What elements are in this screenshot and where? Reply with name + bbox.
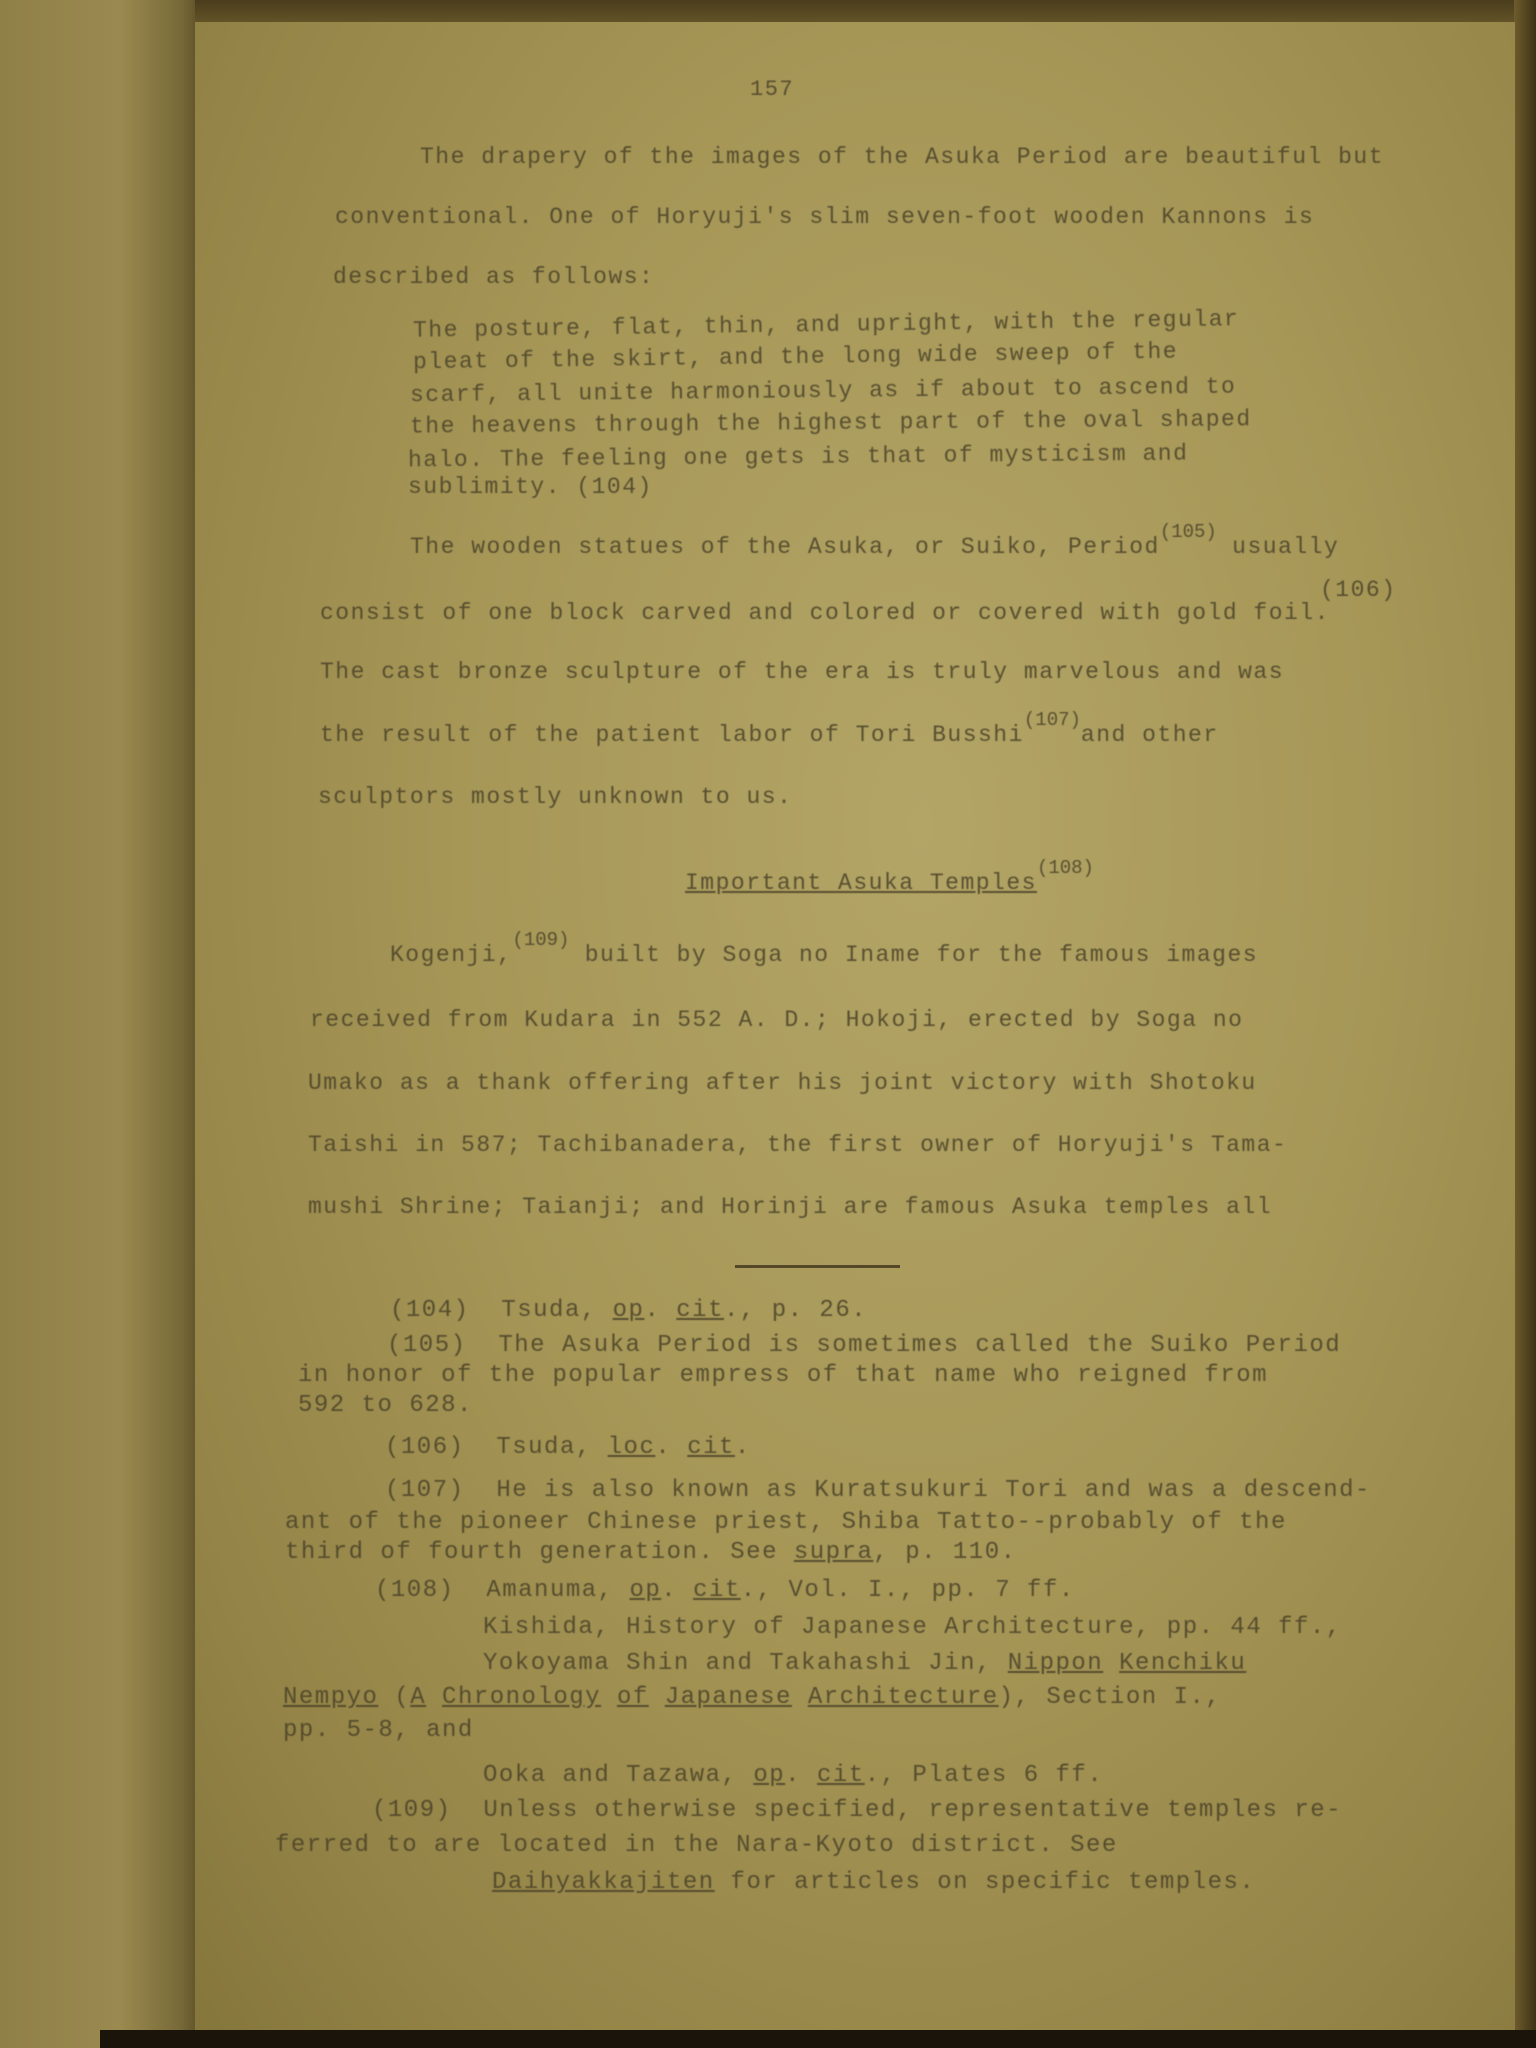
para1-line1: The drapery of the images of the Asuka P…: [420, 144, 1384, 170]
footnote-105-line1: (105) The Asuka Period is sometimes call…: [387, 1332, 1341, 1359]
section-heading: Important Asuka Temples(108): [685, 870, 1094, 896]
footnote-108-cit: cit: [693, 1577, 741, 1604]
footnote-106-loc: loc: [608, 1434, 656, 1461]
footnote-104-sep: .: [644, 1297, 676, 1324]
para3-line3: Umako as a thank offering after his join…: [308, 1070, 1257, 1096]
para2-line4-end: and other: [1081, 722, 1219, 748]
para3-line1-rest: built by Soga no Iname for the famous im…: [585, 942, 1258, 968]
footnote-107-line3: third of fourth generation. See supra, p…: [285, 1539, 1017, 1566]
footnote-106-cit: cit: [687, 1434, 735, 1461]
footnote-106-sep: .: [655, 1434, 687, 1461]
footnote-109-daihyakkajiten: Daihyakkajiten: [492, 1869, 715, 1896]
footnote-104: (104) Tsuda, op. cit., p. 26.: [390, 1297, 867, 1324]
para2-line1-end: usually: [1232, 534, 1339, 560]
footnote-107-text: He is also known as Kuratsukuri Tori and…: [496, 1477, 1371, 1504]
footnote-108-kenchiku: Kenchiku: [1119, 1650, 1246, 1677]
footnote-106-end: .: [735, 1434, 751, 1461]
footnote-106-text: Tsuda,: [496, 1434, 607, 1461]
para2-line5: sculptors mostly unknown to us.: [318, 784, 792, 810]
quote-line6: sublimity. (104): [408, 474, 653, 500]
footnote-108-line1: (108) Amanuma, op. cit., Vol. I., pp. 7 …: [375, 1577, 1075, 1604]
footnote-ref-105[interactable]: (105): [1160, 521, 1217, 543]
footnote-104-text: Tsuda,: [501, 1297, 612, 1324]
para2-line2: consist of one block carved and colored …: [320, 600, 1330, 626]
footnote-108-line6-op: op: [753, 1762, 785, 1789]
footnote-105-line2: in honor of the popular empress of that …: [298, 1362, 1268, 1389]
quote-line5: halo. The feeling one gets is that of my…: [408, 441, 1189, 474]
para2-line4-text: the result of the patient labor of Tori …: [320, 722, 1024, 748]
footnote-104-num: (104): [390, 1297, 470, 1324]
left-page-edge: [0, 0, 200, 2048]
footnote-ref-107[interactable]: (107): [1024, 709, 1081, 731]
para3-line1: Kogenji,(109) built by Soga no Iname for…: [390, 942, 1258, 968]
footnote-104-end: ., p. 26.: [724, 1297, 867, 1324]
page-number: 157: [750, 77, 794, 102]
footnote-108-line6: Ooka and Tazawa, op. cit., Plates 6 ff.: [483, 1762, 1103, 1789]
footnote-109-line2: ferred to are located in the Nara-Kyoto …: [275, 1832, 1118, 1859]
footnote-108-line2: Kishida, History of Japanese Architectur…: [483, 1614, 1342, 1641]
right-shadow: [1514, 0, 1536, 2048]
para2-line1: The wooden statues of the Asuka, or Suik…: [410, 534, 1339, 560]
footnote-107-num: (107): [385, 1477, 465, 1504]
footnote-108-line6-end: ., Plates 6 ff.: [865, 1762, 1104, 1789]
section-heading-text: Important Asuka Temples: [685, 870, 1037, 896]
para3-line2: received from Kudara in 552 A. D.; Hokoj…: [310, 1007, 1243, 1033]
footnote-108-paren: (: [378, 1684, 410, 1711]
footnote-108-line6-sep: .: [785, 1762, 817, 1789]
para3-line5: mushi Shrine; Taianji; and Horinji are f…: [308, 1194, 1272, 1220]
para2-line4: the result of the patient labor of Tori …: [320, 722, 1219, 748]
footnote-108-section: ), Section I.,: [999, 1684, 1222, 1711]
footnote-107-line2: ant of the pioneer Chinese priest, Shiba…: [285, 1509, 1287, 1536]
quote-line3: scarf, all unite harmoniously as if abou…: [410, 374, 1237, 409]
footnote-108-japanese: Japanese: [665, 1684, 792, 1711]
footnote-105-line3: 592 to 628.: [298, 1392, 473, 1419]
footnote-108-text: Amanuma,: [486, 1577, 629, 1604]
footnote-106-num: (106): [385, 1434, 465, 1461]
footnote-107-line1: (107) He is also known as Kuratsukuri To…: [385, 1477, 1371, 1504]
footnote-108-a: A: [410, 1684, 426, 1711]
footnote-104-cit: cit: [676, 1297, 724, 1324]
footnote-106: (106) Tsuda, loc. cit.: [385, 1434, 751, 1461]
footnote-105-text: The Asuka Period is sometimes called the…: [498, 1332, 1341, 1359]
footnote-108-of: of: [617, 1684, 649, 1711]
footnote-108-chronology: Chronology: [442, 1684, 601, 1711]
footnote-108-architecture: Architecture: [808, 1684, 999, 1711]
footnote-108-line6-text: Ooka and Tazawa,: [483, 1762, 753, 1789]
footnote-105-num: (105): [387, 1332, 467, 1359]
footnote-108-op: op: [629, 1577, 661, 1604]
footnote-108-nempyo: Nempyo: [283, 1684, 378, 1711]
footnote-108-line4: Nempyo (A Chronology of Japanese Archite…: [283, 1684, 1221, 1711]
footnote-109-line1: (109) Unless otherwise specified, repres…: [372, 1797, 1342, 1824]
typed-page: 157 The drapery of the images of the Asu…: [195, 22, 1515, 2030]
footnote-107-supra: supra: [794, 1539, 874, 1566]
para2-line3: The cast bronze sculpture of the era is …: [320, 659, 1284, 685]
quote-line4: the heavens through the highest part of …: [410, 406, 1252, 439]
footnote-108-num: (108): [375, 1577, 455, 1604]
footnote-ref-108[interactable]: (108): [1037, 857, 1094, 879]
footnote-109-line3-end: for articles on specific temples.: [715, 1869, 1256, 1896]
para1-line2: conventional. One of Horyuji's slim seve…: [335, 204, 1314, 230]
quote-line1: The posture, flat, thin, and upright, wi…: [413, 306, 1240, 344]
para3-line4: Taishi in 587; Tachibanadera, the first …: [308, 1132, 1287, 1158]
footnote-108-nippon: Nippon: [1008, 1650, 1103, 1677]
footnote-108-line6-cit: cit: [817, 1762, 865, 1789]
footnote-divider: [735, 1265, 900, 1268]
para2-line1-text: The wooden statues of the Asuka, or Suik…: [410, 534, 1160, 560]
footnote-109-line3: Daihyakkajiten for articles on specific …: [492, 1869, 1255, 1896]
footnote-108-line3: Yokoyama Shin and Takahashi Jin, Nippon …: [483, 1650, 1246, 1677]
footnote-107-line3-text: third of fourth generation. See: [285, 1539, 794, 1566]
footnote-ref-106[interactable]: (106): [1320, 577, 1397, 603]
footnote-108-line5: pp. 5-8, and: [283, 1717, 474, 1744]
footnote-ref-109[interactable]: (109): [512, 929, 569, 951]
footnote-109-num: (109): [372, 1797, 452, 1824]
footnote-108-line3-text: Yokoyama Shin and Takahashi Jin,: [483, 1650, 1008, 1677]
footnote-107-line3-end: , p. 110.: [873, 1539, 1016, 1566]
para1-line3: described as follows:: [333, 264, 654, 290]
quote-line2: pleat of the skirt, and the long wide sw…: [413, 339, 1178, 376]
para3-line1-start: Kogenji,: [390, 942, 512, 968]
footnote-108-sep: .: [661, 1577, 693, 1604]
footnote-108-end: ., Vol. I., pp. 7 ff.: [741, 1577, 1075, 1604]
footnote-104-op: op: [613, 1297, 645, 1324]
footnote-109-text: Unless otherwise specified, representati…: [483, 1797, 1342, 1824]
bottom-shadow: [100, 2030, 1536, 2048]
